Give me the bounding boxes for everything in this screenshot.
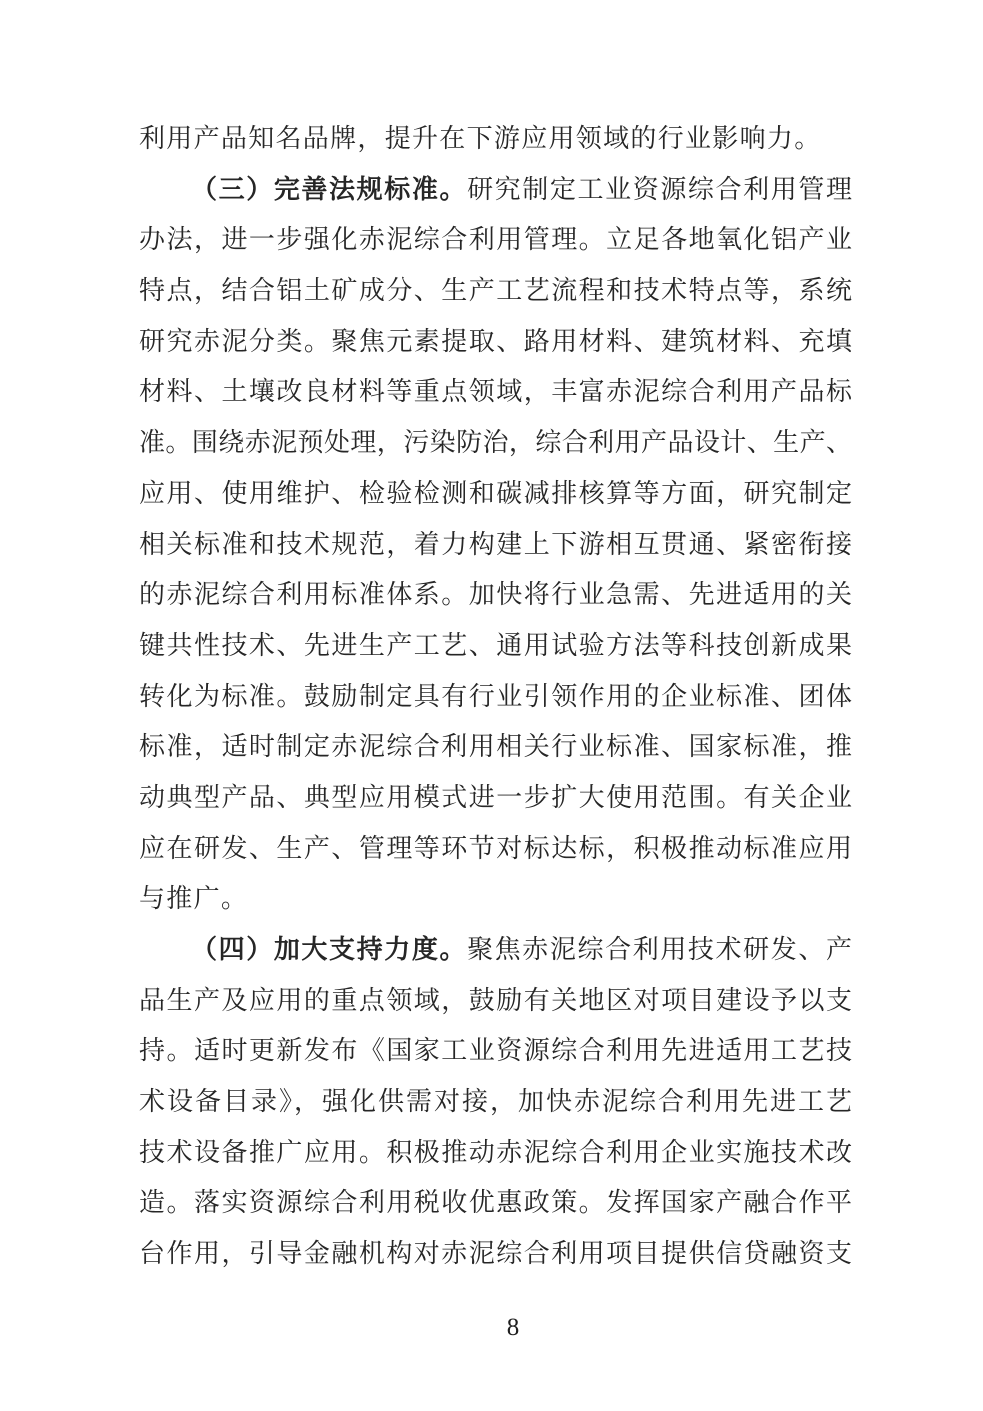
section-heading: （三）完善法规标准。: [191, 175, 467, 204]
paragraph-section-3: （三）完善法规标准。研究制定工业资源综合利用管理办法，进一步强化赤泥综合利用管理…: [139, 165, 852, 925]
text-line: 转化为标准。鼓励制定具有行业引领作用的企业标准、团体: [139, 672, 852, 723]
section-body-text: 聚焦赤泥综合利用技术研发、产: [467, 935, 852, 964]
text-line: 品生产及应用的重点领域，鼓励有关地区对项目建设予以支: [139, 976, 852, 1027]
text-line: 动典型产品、典型应用模式进一步扩大使用范围。有关企业: [139, 773, 852, 824]
document-body: 利用产品知名品牌，提升在下游应用领域的行业影响力。（三）完善法规标准。研究制定工…: [139, 114, 852, 1280]
text-line: 应在研发、生产、管理等环节对标达标，积极推动标准应用: [139, 824, 852, 875]
text-line: 相关标准和技术规范，着力构建上下游相互贯通、紧密衔接: [139, 520, 852, 571]
text-line: 办法，进一步强化赤泥综合利用管理。立足各地氧化铝产业: [139, 215, 852, 266]
text-line: 利用产品知名品牌，提升在下游应用领域的行业影响力。: [139, 114, 852, 165]
text-line: 的赤泥综合利用标准体系。加快将行业急需、先进适用的关: [139, 570, 852, 621]
text-line: 术设备目录》，强化供需对接，加快赤泥综合利用先进工艺: [139, 1077, 852, 1128]
document-page: 利用产品知名品牌，提升在下游应用领域的行业影响力。（三）完善法规标准。研究制定工…: [0, 0, 983, 1411]
page-number: 8: [507, 1308, 520, 1348]
text-line: 应用、使用维护、检验检测和碳减排核算等方面，研究制定: [139, 469, 852, 520]
paragraph-continuation: 利用产品知名品牌，提升在下游应用领域的行业影响力。: [139, 114, 852, 165]
text-line: 准。围绕赤泥预处理，污染防治，综合利用产品设计、生产、: [139, 418, 852, 469]
text-line: （四）加大支持力度。聚焦赤泥综合利用技术研发、产: [139, 925, 852, 976]
text-line: （三）完善法规标准。研究制定工业资源综合利用管理: [139, 165, 852, 216]
text-line: 台作用，引导金融机构对赤泥综合利用项目提供信贷融资支: [139, 1229, 852, 1280]
paragraph-section-4: （四）加大支持力度。聚焦赤泥综合利用技术研发、产品生产及应用的重点领域，鼓励有关…: [139, 925, 852, 1280]
text-line: 材料、土壤改良材料等重点领域，丰富赤泥综合利用产品标: [139, 367, 852, 418]
text-line: 特点，结合铝土矿成分、生产工艺流程和技术特点等，系统: [139, 266, 852, 317]
text-line: 键共性技术、先进生产工艺、通用试验方法等科技创新成果: [139, 621, 852, 672]
text-line: 研究赤泥分类。聚焦元素提取、路用材料、建筑材料、充填: [139, 317, 852, 368]
text-line: 持。适时更新发布《国家工业资源综合利用先进适用工艺技: [139, 1026, 852, 1077]
text-line: 标准，适时制定赤泥综合利用相关行业标准、国家标准，推: [139, 722, 852, 773]
text-line: 技术设备推广应用。积极推动赤泥综合利用企业实施技术改: [139, 1128, 852, 1179]
section-heading: （四）加大支持力度。: [191, 935, 467, 964]
section-body-text: 研究制定工业资源综合利用管理: [467, 175, 852, 204]
text-line: 造。落实资源综合利用税收优惠政策。发挥国家产融合作平: [139, 1178, 852, 1229]
text-line: 与推广。: [139, 874, 852, 925]
